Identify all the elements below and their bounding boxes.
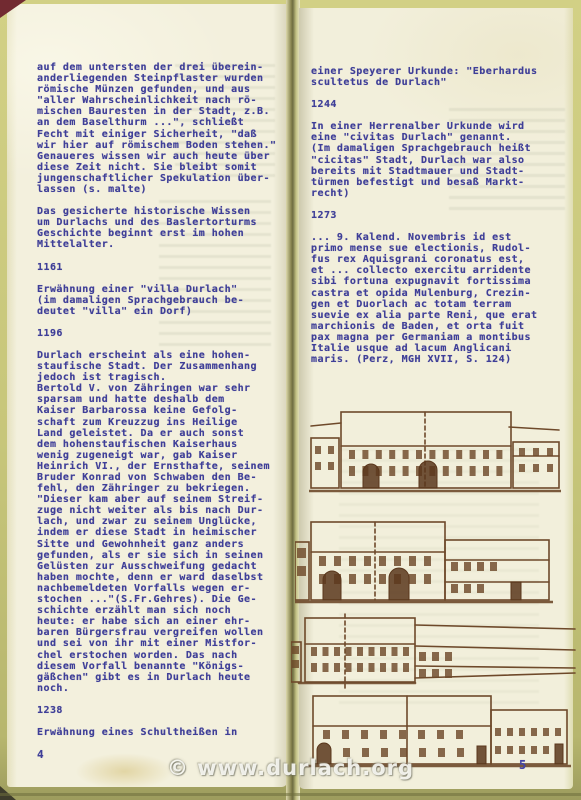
paragraph: Durlach erscheint als eine hohen- staufi… [37,350,279,694]
year-heading: 1196 [37,328,279,339]
paragraph: In einer Herrenalber Urkunde wird eine "… [311,121,567,199]
window-row [297,566,306,576]
paragraph: einer Speyerer Urkunde: "Eberhardus scul… [311,66,567,88]
arched-gate [419,461,437,488]
window-row [495,746,549,754]
window-row [519,464,553,472]
arched-gate [363,464,379,488]
window-row [495,728,561,736]
arched-gate [323,571,341,600]
page-number-right: 5 [519,758,526,772]
paragraph: Erwähnung einer "villa Durlach" (im dama… [37,284,279,317]
building-facade-sketch-2 [295,516,553,610]
window-row [323,730,463,739]
watermark: © www.durlach.org [167,756,414,780]
window-row [519,448,553,456]
paragraph: auf dem untersten der drei überein- ande… [37,62,279,195]
scanned-book-spread: auf dem untersten der drei überein- ande… [0,0,581,800]
left-page: auf dem untersten der drei überein- ande… [7,4,287,787]
window-row [315,446,334,454]
year-heading: 1238 [37,705,279,716]
window-row [451,562,497,571]
door [477,746,486,764]
window-row [292,660,299,668]
year-heading: 1273 [311,210,567,221]
window-row [451,584,484,593]
left-page-text: auf dem untersten der drei überein- ande… [37,62,279,749]
paragraph: Erwähnung eines Schultheißen in [37,727,279,738]
year-heading: 1244 [311,99,567,110]
paragraph: ... 9. Kalend. Novembris id est primo me… [311,232,567,365]
right-page: einer Speyerer Urkunde: "Eberhardus scul… [299,8,573,789]
arched-gate [389,568,409,600]
window-row [315,462,334,470]
window-row [419,652,452,661]
window-row [292,646,299,654]
building-facade-sketch-3 [291,612,577,692]
window-row [311,647,409,656]
window-row [419,669,452,678]
window-row [297,548,306,558]
paragraph: Das gesicherte historische Wissen um Dur… [37,206,279,250]
year-heading: 1161 [37,262,279,273]
building-facade-sketch-1 [309,396,561,504]
door [555,744,563,764]
right-page-text: einer Speyerer Urkunde: "Eberhardus scul… [311,66,567,376]
scan-bottom-edge [0,793,581,796]
window-row [311,663,409,672]
page-number-left: 4 [37,748,44,761]
door [511,582,521,600]
